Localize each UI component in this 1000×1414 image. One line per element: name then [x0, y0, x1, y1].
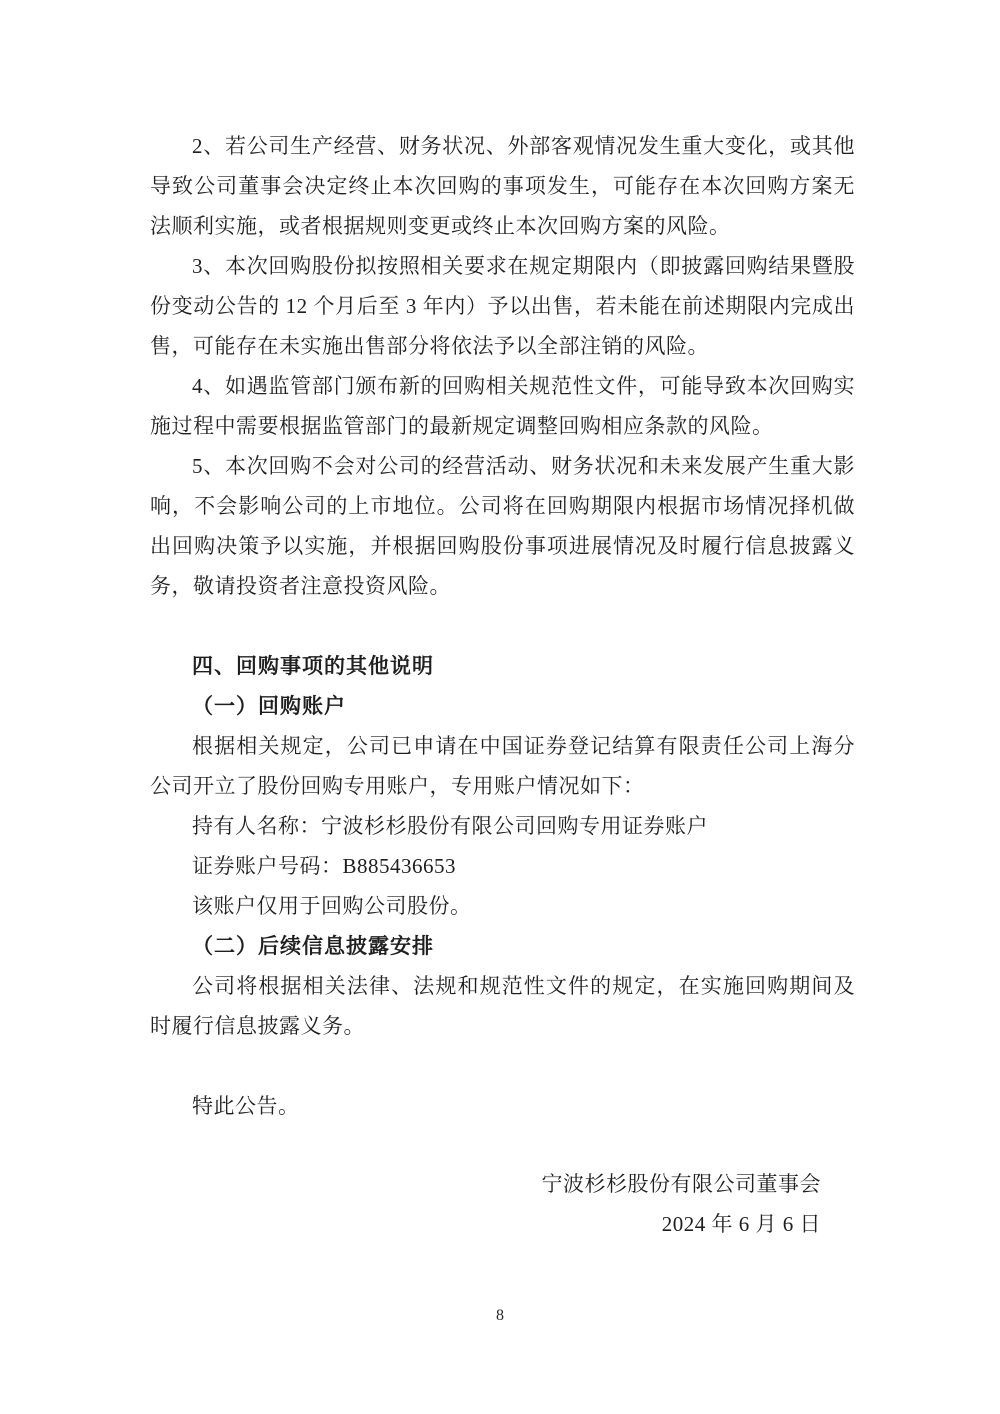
risk-item-3: 3、本次回购股份拟按照相关要求在规定期限内（即披露回购结果暨股份变动公告的 12…	[150, 246, 855, 366]
page-number: 8	[0, 1306, 1000, 1326]
signature-company: 宁波杉杉股份有限公司董事会	[150, 1164, 855, 1204]
disclosure-paragraph: 公司将根据相关法律、法规和规范性文件的规定，在实施回购期间及时履行信息披露义务。	[150, 966, 855, 1046]
account-usage-line: 该账户仅用于回购公司股份。	[150, 886, 855, 926]
account-holder-line: 持有人名称：宁波杉杉股份有限公司回购专用证券账户	[150, 806, 855, 846]
document-body: 2、若公司生产经营、财务状况、外部客观情况发生重大变化，或其他导致公司董事会决定…	[150, 126, 855, 1244]
buyback-account-intro: 根据相关规定，公司已申请在中国证券登记结算有限责任公司上海分公司开立了股份回购专…	[150, 726, 855, 806]
subsection-heading-disclosure: （二）后续信息披露安排	[150, 926, 855, 966]
risk-item-5: 5、本次回购不会对公司的经营活动、财务状况和未来发展产生重大影响，不会影响公司的…	[150, 446, 855, 606]
announcement-page: 2、若公司生产经营、财务状况、外部客观情况发生重大变化，或其他导致公司董事会决定…	[0, 0, 1000, 1414]
closing-statement: 特此公告。	[150, 1086, 855, 1126]
subsection-heading-buyback-account: （一）回购账户	[150, 686, 855, 726]
account-number-line: 证券账户号码：B885436653	[150, 846, 855, 886]
risk-item-2: 2、若公司生产经营、财务状况、外部客观情况发生重大变化，或其他导致公司董事会决定…	[150, 126, 855, 246]
signature-block: 宁波杉杉股份有限公司董事会 2024 年 6 月 6 日	[150, 1164, 855, 1244]
risk-item-4: 4、如遇监管部门颁布新的回购相关规范性文件，可能导致本次回购实施过程中需要根据监…	[150, 366, 855, 446]
signature-date: 2024 年 6 月 6 日	[150, 1204, 855, 1244]
section-heading-other-notes: 四、回购事项的其他说明	[150, 646, 855, 686]
